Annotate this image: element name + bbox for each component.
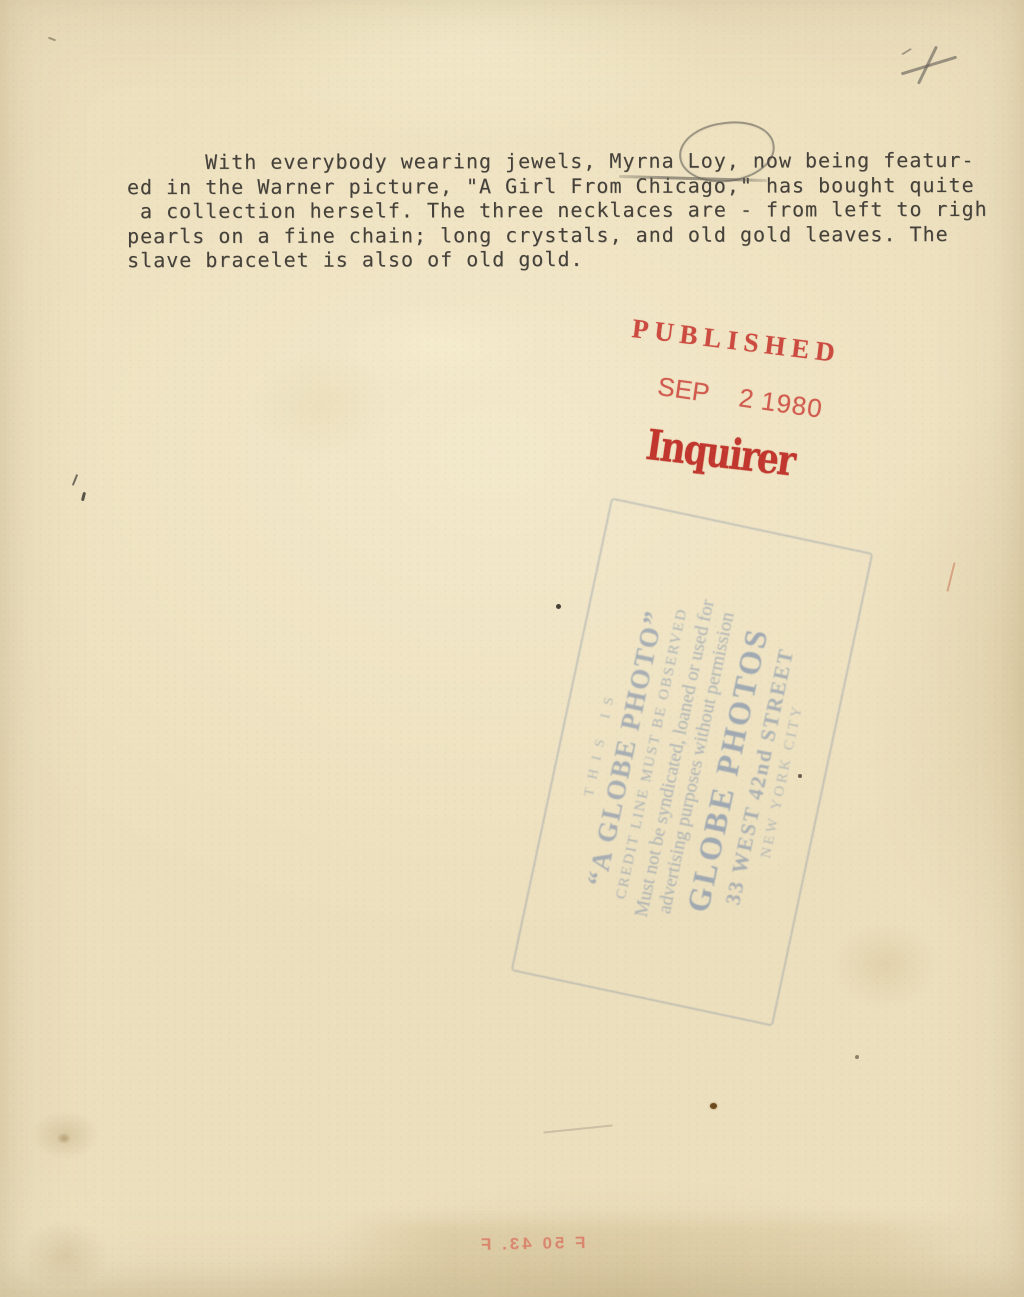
paper-stain	[330, 300, 550, 390]
date-stamp-month: SEP	[656, 371, 712, 408]
paper-stain	[30, 1110, 100, 1160]
published-stamp: PUBLISHED	[630, 313, 842, 369]
pencil-tick-mark	[81, 492, 86, 501]
paper-speck	[48, 37, 56, 42]
pencil-arrowhead	[901, 48, 918, 65]
date-stamp: SEP21980	[656, 371, 825, 425]
mirrored-red-stamp: F 50 43. F	[478, 1233, 586, 1255]
paper-stain	[250, 350, 390, 460]
date-stamp-year: 1980	[759, 386, 824, 424]
paper-stain	[20, 1220, 110, 1290]
pencil-smudge	[543, 1124, 613, 1133]
paper-speck	[710, 1103, 717, 1109]
date-stamp-day: 2	[737, 382, 756, 414]
typewritten-caption: With everybody wearing jewels, Myrna Loy…	[127, 148, 1007, 273]
red-fiber-scratch	[946, 562, 955, 592]
stamp-bleedthrough-band	[340, 1222, 1010, 1286]
globe-photos-agency-stamp: THIS IS “A GLOBE PHOTO” CREDIT LINE MUST…	[511, 497, 874, 1026]
photo-back-scan: With everybody wearing jewels, Myrna Loy…	[0, 0, 1024, 1297]
pencil-tick-mark	[72, 474, 79, 486]
paper-speck	[855, 1055, 859, 1059]
paper-stain	[830, 920, 940, 1010]
inquirer-newspaper-stamp: Inquirer	[643, 420, 797, 485]
paper-speck	[57, 1133, 71, 1144]
paper-speck	[556, 604, 561, 609]
